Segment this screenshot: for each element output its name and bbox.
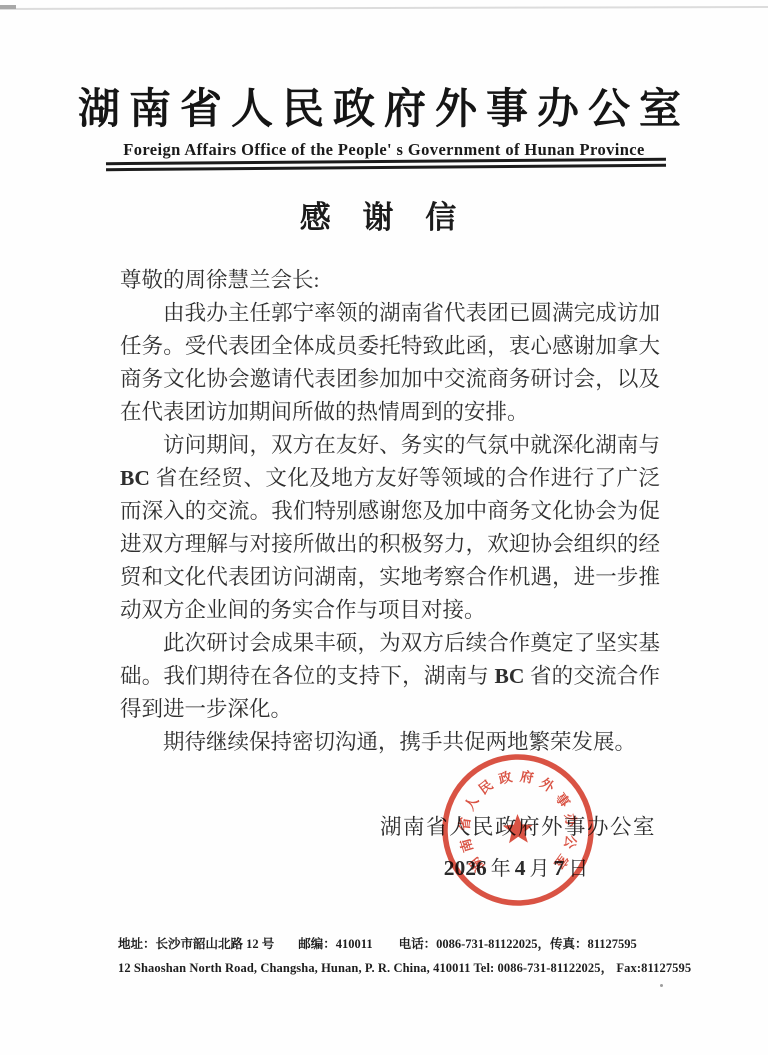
official-seal-stamp: 湖南省人民政府外事办公室 (435, 747, 600, 912)
svg-text:府: 府 (519, 768, 535, 786)
footer-zip: 邮编：410011 (298, 934, 372, 952)
letter-title: 感 谢 信 (0, 192, 768, 237)
svg-text:省: 省 (456, 816, 473, 832)
svg-text:南: 南 (457, 836, 476, 854)
scanned-letter-page: 湖南省人民政府外事办公室 Foreign Affairs Office of t… (0, 0, 768, 1055)
footer-line-chinese: 地址：长沙市韶山北路 12 号 邮编：410011 电话：0086-731-81… (118, 934, 666, 952)
svg-text:人: 人 (462, 793, 482, 813)
svg-text:民: 民 (476, 777, 496, 797)
paragraph-3: 此次研讨会成果丰硕，为双方后续合作奠定了坚实基础。我们期待在各位的支持下，湖南与… (120, 627, 660, 726)
svg-text:事: 事 (552, 790, 573, 811)
letter-footer: 地址：长沙市韶山北路 12 号 邮编：410011 电话：0086-731-81… (118, 934, 666, 976)
svg-text:政: 政 (497, 768, 514, 787)
paragraph-1: 由我办主任郭宁率领的湖南省代表团已圆满完成访加任务。受代表团全体成员委托特致此函… (120, 297, 660, 429)
paragraph-2: 访问期间，双方在友好、务实的气氛中就深化湖南与 BC 省在经贸、文化及地方友好等… (120, 429, 660, 627)
scan-corner-artifact (0, 5, 16, 9)
svg-text:公: 公 (561, 834, 579, 851)
svg-text:湖: 湖 (466, 854, 487, 875)
letterhead: 湖南省人民政府外事办公室 Foreign Affairs Office of t… (0, 76, 768, 160)
footer-address: 地址：长沙市韶山北路 12 号 (118, 934, 274, 952)
salutation: 尊敬的周徐慧兰会长: (120, 264, 660, 297)
org-name-chinese: 湖南省人民政府外事办公室 (0, 76, 768, 136)
svg-text:室: 室 (551, 852, 572, 873)
letter-body: 尊敬的周徐慧兰会长: 由我办主任郭宁率领的湖南省代表团已圆满完成访加任务。受代表… (120, 264, 660, 759)
footer-line-english: 12 Shaoshan North Road, Changsha, Hunan,… (118, 958, 666, 976)
footer-telephone: 电话：0086-731-81122025，传真：81127595 (399, 934, 637, 952)
scan-edge-artifact (0, 6, 768, 10)
seal-star-icon (502, 813, 533, 843)
svg-text:外: 外 (537, 774, 557, 795)
svg-text:办: 办 (562, 812, 580, 829)
scan-speck (660, 984, 663, 987)
